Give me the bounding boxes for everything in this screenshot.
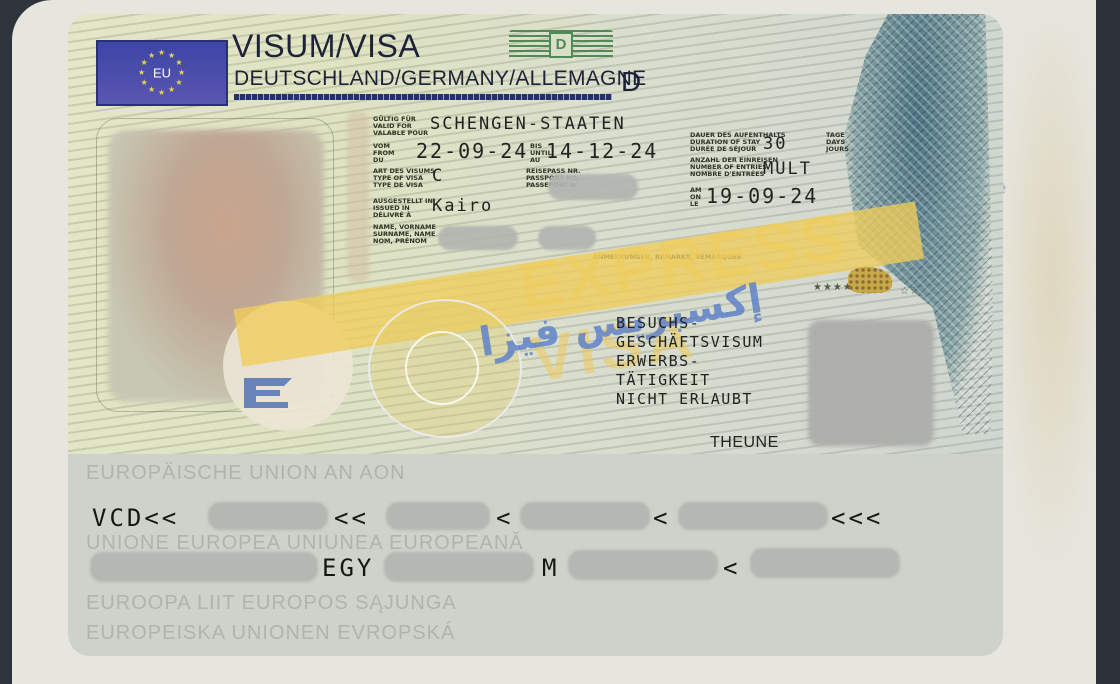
mrz-redacted: [678, 502, 828, 530]
background-text: EUROPÄISCHE UNION AN AON: [86, 462, 406, 485]
mrz-separator: <<: [334, 504, 369, 532]
signature-name: THEUNE: [710, 434, 779, 452]
star-icon: ★: [168, 51, 175, 60]
mrz-separator: <: [653, 504, 670, 532]
country-code: D: [621, 66, 641, 98]
redacted-strip: [347, 112, 369, 282]
issued-in-value: Kairo: [432, 196, 493, 216]
emblem-letter: D: [549, 32, 573, 58]
mrz-separator: <: [496, 504, 513, 532]
star-icon: ★: [158, 48, 165, 57]
country-emblem-icon: D: [509, 30, 613, 60]
mrz-line-1-prefix: VCD<<: [92, 504, 179, 532]
mrz-redacted: [386, 502, 490, 530]
duration-value: 30: [763, 134, 787, 154]
valid-for-label: GÜLTIG FÜR VALID FOR VALABLE POUR: [373, 116, 428, 137]
issued-in-label: AUSGESTELLT IN ISSUED IN DÉLIVRÉ À: [373, 198, 433, 219]
remarks-text: BESUCHS- GESCHÄFTSVISUM ERWERBS- TÄTIGKE…: [616, 314, 763, 409]
visa-type-label: ART DES VISUMS TYPE OF VISA TYPE DE VISA: [373, 168, 435, 189]
mrz-redacted: [384, 552, 534, 582]
star-icon: ★: [148, 51, 155, 60]
star-icon: ★: [178, 68, 185, 77]
secondary-photo-blurred: [808, 320, 934, 446]
surname-redacted: [438, 226, 518, 250]
star-icon: ★: [138, 68, 145, 77]
star-icon: ★: [141, 58, 148, 67]
duration-unit: TAGE DAYS JOURS: [826, 132, 849, 153]
issue-date-label: AM ON LE: [690, 187, 702, 208]
microprint-band: [234, 94, 612, 100]
passport-no-redacted: [548, 174, 638, 200]
background-text: EUROPEISKA UNIONEN EVROPSKÁ: [86, 622, 455, 645]
mrz-redacted: [208, 502, 328, 530]
mrz-redacted: [568, 550, 718, 580]
name-label: NAME, VORNAME SURNAME, NAME NOM, PRÉNOM: [373, 224, 436, 245]
until-value: 14-12-24: [546, 139, 658, 163]
star-icon: ★: [148, 85, 155, 94]
star-icon: ★: [175, 58, 182, 67]
star-icon: ★: [168, 85, 175, 94]
valid-for-value: SCHENGEN-STAATEN: [430, 114, 626, 134]
background-surface: [1096, 0, 1120, 684]
leopard-icon: [848, 267, 892, 293]
stars-icon: ☆☆: [900, 286, 920, 297]
entries-value: MULT: [763, 159, 812, 179]
watermark-logo-icon: [240, 372, 310, 410]
visa-type-value: C: [432, 166, 444, 186]
issuing-country: DEUTSCHLAND/GERMANY/ALLEMAGNE: [234, 67, 646, 91]
visa-title: VISUM/VISA: [232, 28, 420, 65]
page-stain: [997, 30, 1107, 590]
mrz-redacted: [520, 502, 650, 530]
mrz-sex: M: [542, 554, 559, 582]
mrz-redacted: [90, 552, 318, 582]
stars-icon: ★★★★: [813, 282, 853, 293]
star-icon: ★: [175, 78, 182, 87]
from-value: 22-09-24: [416, 139, 528, 163]
mrz-redacted: [750, 548, 900, 578]
eu-flag-icon: ★★★★★★★★★★★★ EU: [96, 40, 228, 106]
star-icon: ★: [141, 78, 148, 87]
visa-sticker: EUROPÄISCHE UNION AN AON UNIONE EUROPEA …: [68, 14, 1003, 656]
star-icon: ★: [158, 88, 165, 97]
mrz-nationality: EGY: [322, 554, 374, 582]
mrz-filler: <<<: [831, 504, 883, 532]
from-label: VOM FROM DU: [373, 143, 394, 164]
background-text: EUROOPA LIIT EUROPOS SĄJUNGA: [86, 592, 457, 615]
eu-flag-label: EU: [153, 66, 171, 81]
mrz-separator: <: [723, 554, 740, 582]
